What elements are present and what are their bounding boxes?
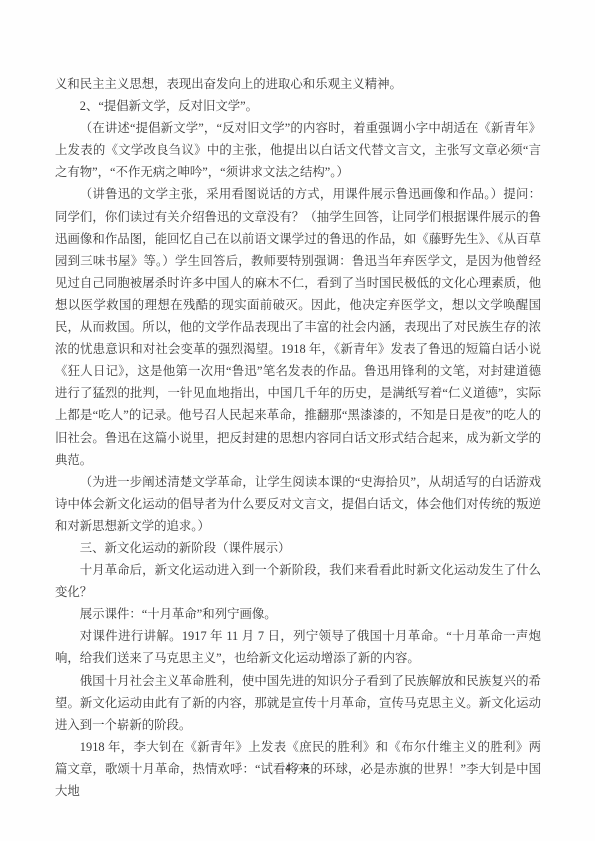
paragraph-body: 对课件进行讲解。1917 年 11 月 7 日，列宁领导了俄国十月革命。“十月革… — [55, 625, 541, 669]
paragraph-teaching-note: （讲鲁迅的文学主张，采用看图说话的方式，用课件展示鲁迅画像和作品。）提问：同学们… — [55, 183, 541, 470]
paragraph-teaching-note: （为进一步阐述清楚文学革命，让学生阅读本课的“史海拾贝”，从胡适写的白话游戏诗中… — [55, 471, 541, 537]
paragraph-teaching-note: （在讲述“提倡新文学”，“反对旧文学”的内容时，着重强调小字中胡适在《新青年》上… — [55, 117, 541, 183]
document-page: 义和民主主义思想，表现出奋发向上的进取心和乐观主义精神。 2、“提倡新文学，反对… — [0, 0, 595, 841]
paragraph-body: 俄国十月社会主义革命胜利，使中国先进的知识分子看到了民族解放和民族复兴的希望。新… — [55, 670, 541, 736]
paragraph-continuation: 义和民主主义思想，表现出奋发向上的进取心和乐观主义精神。 — [55, 73, 541, 95]
page-number: 4 / 5 — [0, 762, 595, 774]
section-heading: 三、新文化运动的新阶段（课件展示） — [55, 537, 541, 559]
paragraph-body: 展示课件：“十月革命”和列宁画像。 — [55, 603, 541, 625]
paragraph-body: 十月革命后，新文化运动进入到一个新阶段，我们来看看此时新文化运动发生了什么变化？ — [55, 559, 541, 603]
paragraph-numbered-point: 2、“提倡新文学，反对旧文学”。 — [55, 95, 541, 117]
document-body: 义和民主主义思想，表现出奋发向上的进取心和乐观主义精神。 2、“提倡新文学，反对… — [55, 73, 541, 802]
